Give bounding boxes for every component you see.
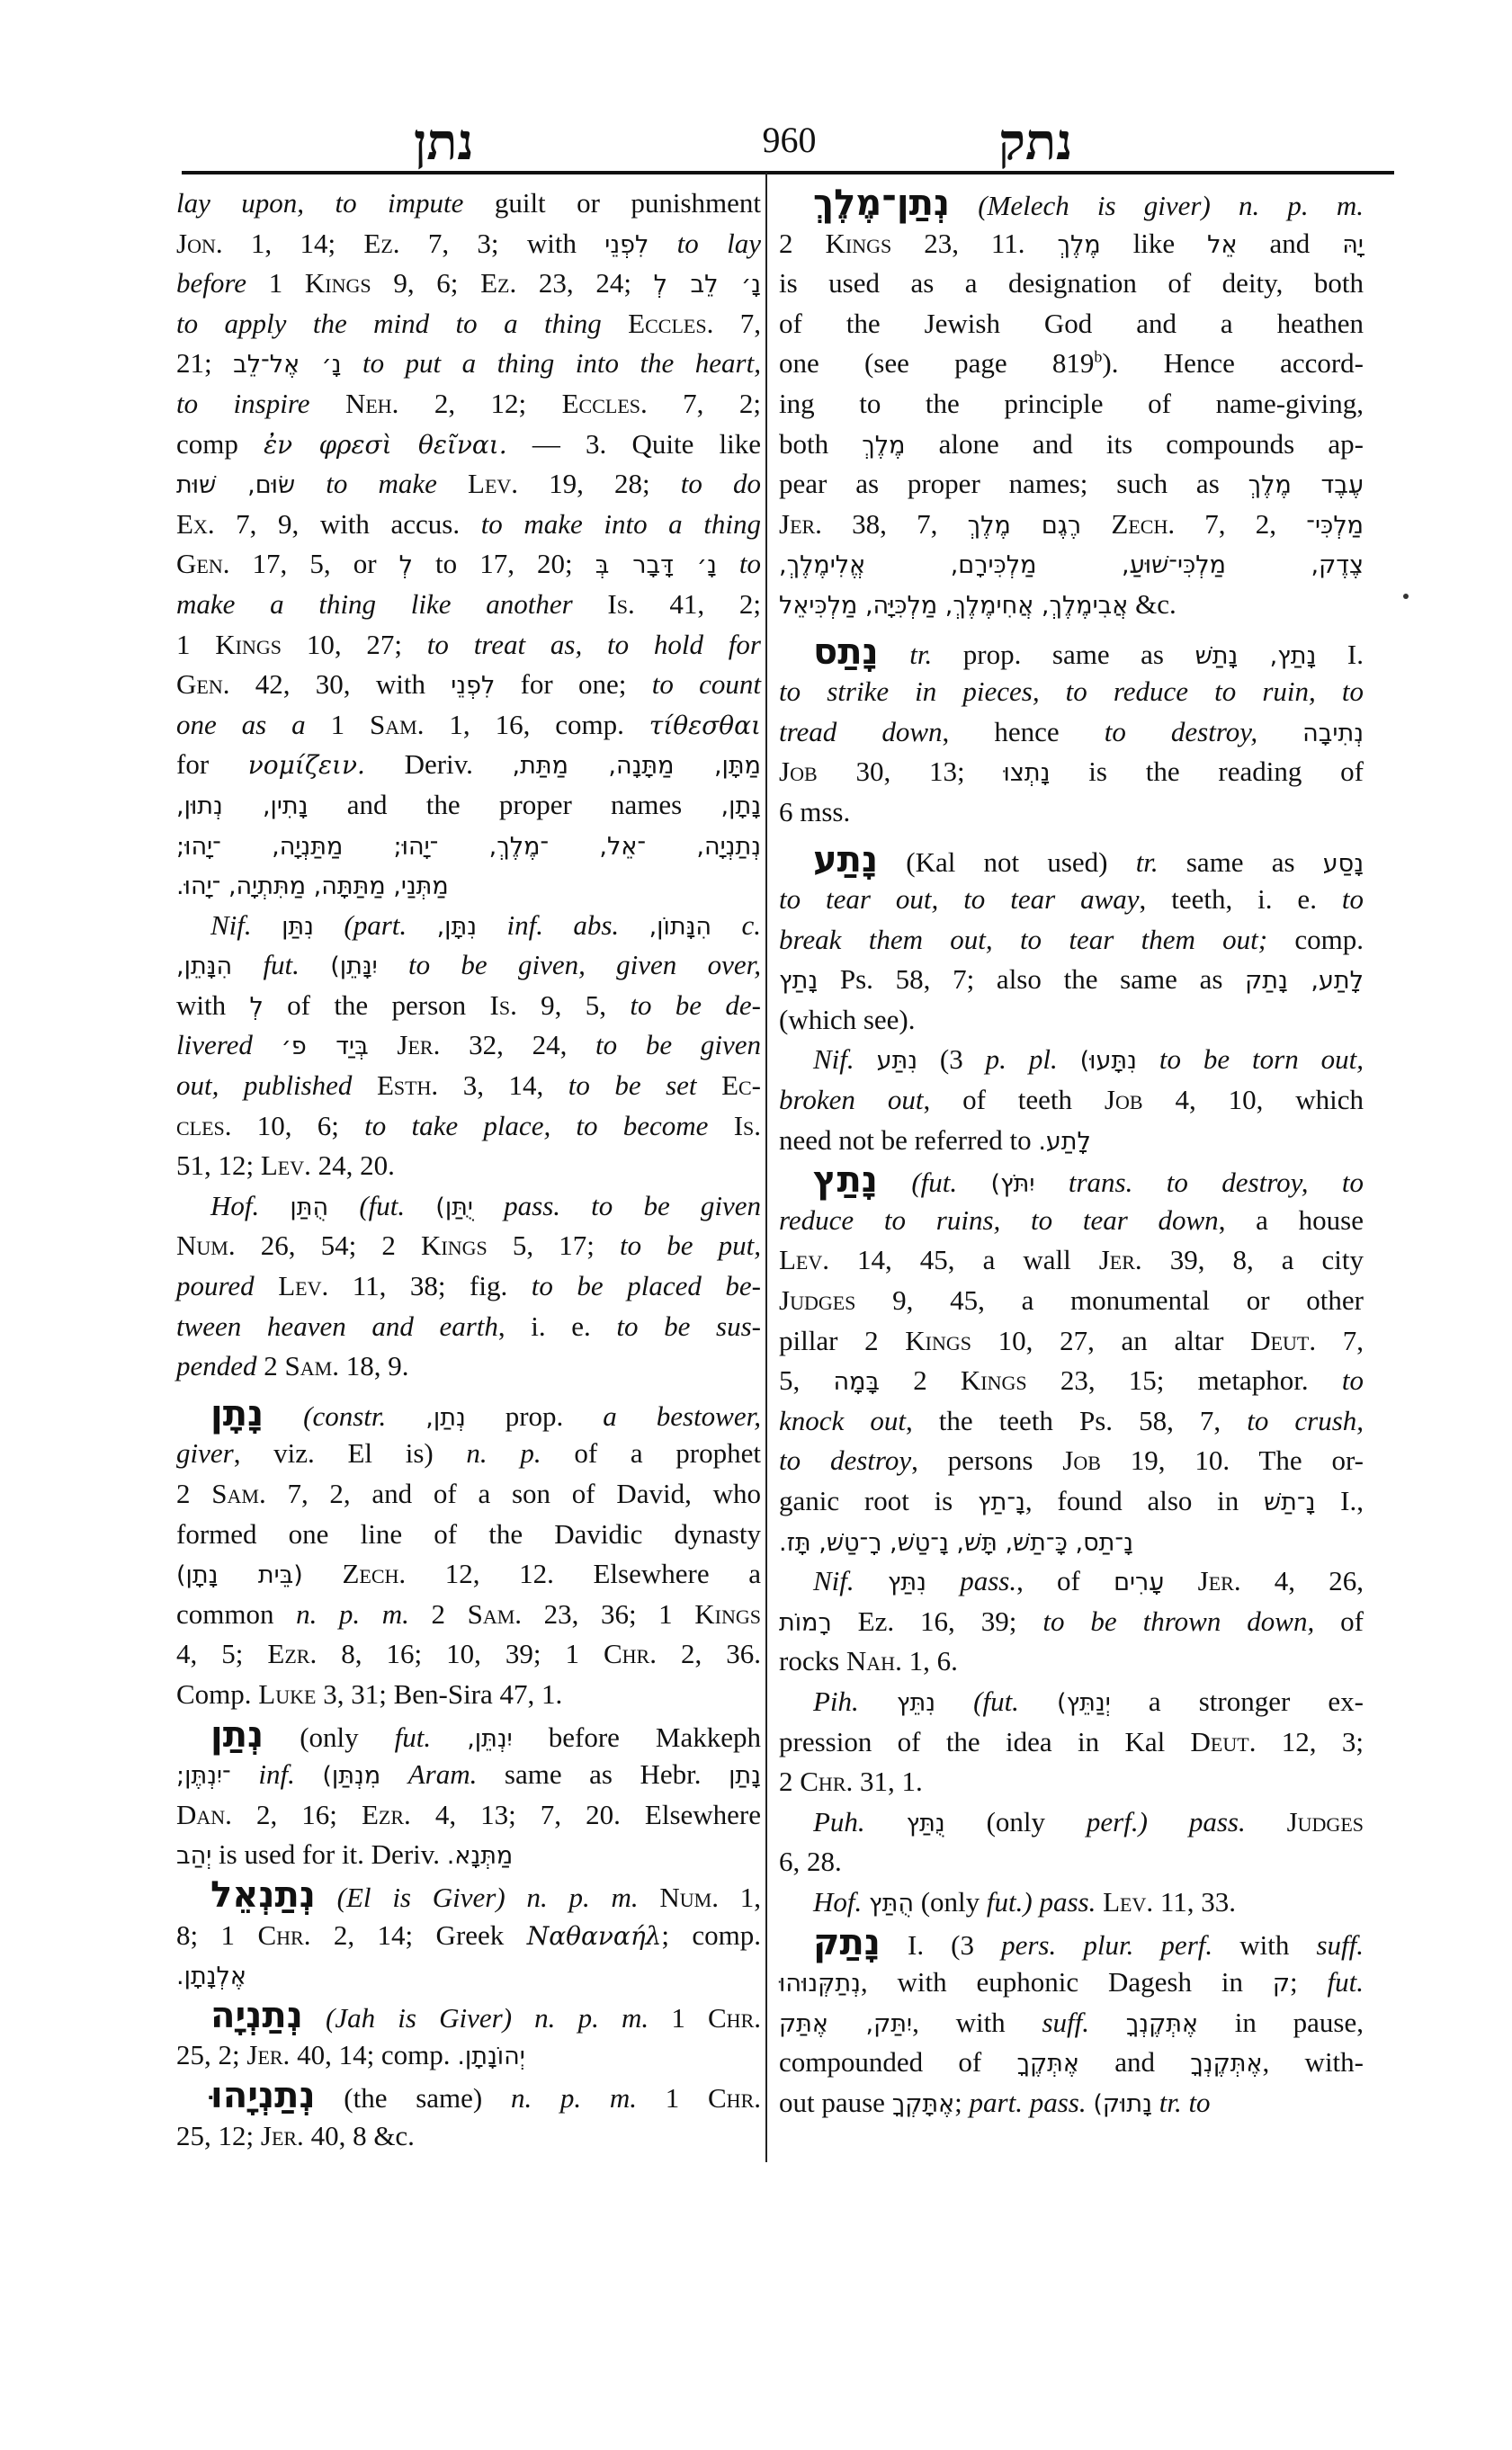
text-segment: I. [1316,639,1364,670]
text-line: out, published Esth. 3, 14, to be set Ec… [176,1066,761,1106]
text-segment: comp. [1267,924,1364,955]
text-segment: 7, [713,308,761,339]
text-line: Comp. Luke 3, 31; Ben-Sira 47, 1. [176,1675,761,1715]
text-segment [1081,508,1111,540]
hebrew-text: הִנָּתֵן, [176,952,232,980]
text-line: יְהַב is used for it. Deriv. מַתְּנָא. [176,1835,761,1875]
text-segment: guilt or punishment [495,187,761,219]
text-segment: Judges [779,1284,855,1316]
text-segment: (fut. [878,1167,991,1198]
text-segment: Nah. [846,1645,902,1677]
text-segment: 1 [331,709,370,740]
text-segment: Hof. [813,1886,869,1918]
text-segment: to [1342,1364,1364,1396]
text-segment: ing to the principle of name-giving, [779,388,1364,419]
hebrew-text: נִתַּץ [888,1569,926,1596]
text-segment: p. pl. [986,1043,1058,1075]
text-line: 2 Sam. 7, 2, and of a son of David, who [176,1474,761,1515]
text-line: Jon. 1, 14; Ez. 7, 3; with לִפְנֵי to la… [176,224,761,264]
text-segment: 3, 31; Ben-Sira 47, 1. [316,1678,562,1710]
text-segment: Deut. [1191,1726,1257,1757]
text-segment: , hence [943,716,1105,747]
text-segment: Sam. [211,1478,265,1509]
text-line: נְתַקְּנוּהוּ, with euphonic Dagesh in ק… [779,1963,1364,2003]
text-segment: to be sus- [616,1310,761,1342]
text-line: ing to the principle of name-giving, [779,384,1364,425]
text-segment: 1 [671,2002,708,2034]
text-segment: (which see). [779,1004,916,1035]
hebrew-text: עָרִים [1114,1569,1164,1596]
text-segment: 2, 36. [657,1638,761,1669]
text-segment: , persons [911,1444,1062,1476]
text-segment: to destroy [779,1444,911,1476]
text-line: cles. 10, 6; to take place, to become Is… [176,1106,761,1147]
text-segment: 10, 27; [282,629,427,660]
text-line: before 1 Kings 9, 6; Ez. 23, 24; נָ׳ לֵב… [176,264,761,304]
text-segment: 42, 30, with [229,668,451,700]
text-segment [1246,1806,1287,1837]
text-segment: for [176,748,248,780]
text-segment: break them out, to tear them out; [779,924,1267,955]
hebrew-text: מַתְּנָא. [447,1842,514,1870]
text-segment: 1, 6. [902,1645,958,1677]
text-segment: Gen. [176,668,229,700]
text-line: pression of the idea in Kal Deut. 12, 3; [779,1722,1364,1763]
hebrew-text: נָתוּק) [1093,2090,1152,2118]
text-segment [1164,1565,1197,1596]
hebrew-text: נָתַץ, נָתַשׁ [1195,642,1317,670]
text-segment: same as [1159,846,1323,878]
hebrew-text: נָ׳ אֶל־לֵב [233,351,341,379]
text-segment: 39, 8, a city [1142,1244,1364,1275]
text-segment: to be thrown down, [1042,1605,1314,1637]
greek-text: Ναθαναήλ [527,1921,662,1951]
text-segment: to take place, to become [364,1110,734,1141]
text-line: (בֵּית נָתָן) Zech. 12, 12. Elsewhere a [176,1554,761,1595]
text-segment: to strike in pieces, to reduce to ruin, … [779,675,1364,707]
right-running-head: נתק [998,115,1072,169]
text-segment: Zech. [342,1558,406,1589]
text-segment: Jer. [1198,1565,1241,1596]
text-line: 2 Chr. 31, 1. [779,1762,1364,1802]
text-line: ־יִנְתֶּן; inf. מִנְתַּן) Aram. same as … [176,1755,761,1795]
text-segment: 7, 3; with [400,228,605,259]
hebrew-text: מַתְּנַי, מַתַּתָּה, מַתִּתְיָה, ־יָהוּ. [176,872,449,900]
text-segment: prop. same as [932,639,1194,670]
text-segment: like [1101,228,1207,259]
text-segment: fut. [1328,1966,1364,1998]
text-segment: tr. to [1152,2087,1211,2118]
text-segment: 2 [264,1350,284,1381]
text-line: Lev. 14, 45, a wall Jer. 39, 8, a city [779,1240,1364,1281]
text-segment: to make [295,468,468,499]
hebrew-text: מֶלֶךְ [862,432,905,460]
text-segment: 26, 54; 2 [236,1229,421,1261]
text-line: to inspire Neh. 2, 12; Eccles. 7, 2; [176,384,761,425]
text-segment: to destroy, [1105,716,1302,747]
hebrew-text: מַתָּן, מַתָּנָה, מַתַּת, [513,752,761,780]
text-segment: , the teeth Ps. 58, 7, [906,1405,1247,1436]
text-segment: lay upon, to impute [176,187,495,219]
hebrew-text: עֶבֶד מֶלֶךְ [1248,471,1364,499]
hebrew-text: הִנָּתוֹן, [649,913,712,941]
text-segment: c. [711,909,761,941]
text-segment: Kings [825,228,891,259]
hebrew-text: יְהַב [176,1842,211,1870]
text-segment: giver [176,1437,234,1469]
text-segment: rocks [779,1645,846,1677]
text-line: Pih. נִתֵּץ (fut. יְנַתֵּץ) a stronger e… [779,1682,1364,1722]
text-line: נָתִין, נְתוּן, and the proper names נָת… [176,785,761,826]
text-segment [1096,1886,1103,1918]
text-segment: 2, 16; [232,1799,362,1830]
text-segment: Ps. 58, 7; also the same as [818,963,1245,995]
text-line: need not be referred to לָתַע. [779,1121,1364,1161]
hebrew-text: יְהוֹנָתָן. [457,2043,525,2070]
hebrew-text: נִתָּעוּ) [1080,1047,1137,1075]
text-segment [431,1721,467,1753]
hebrew-text: נָתָן, [721,792,762,820]
text-segment: (part. [314,909,437,941]
text-line: Nif. נִתַּע (3 p. pl. נִתָּעוּ) to be to… [779,1040,1364,1080]
hebrew-text: אֶתָּקְךָ [892,2090,954,2118]
hebrew-text: נֻתַּץ [907,1810,945,1837]
text-line: נְתַן (only fut. יִנְתֵּן, before Makkep… [176,1715,761,1756]
text-line: break them out, to tear them out; comp. [779,920,1364,961]
text-line: 21; נָ׳ אֶל־לֵב to put a thing into the … [176,344,761,384]
text-segment: to be de- [630,989,761,1021]
text-line: 2 Kings 23, 11. מֶלֶךְ like אֵל and יָהּ [779,224,1364,264]
text-segment: 17, 5, or [229,548,398,579]
text-line: giver, viz. El is) n. p. of a prophet [176,1434,761,1474]
text-segment: suff. [1042,2007,1089,2038]
text-line: out pause אֶתָּקְךָ; part. pass. נָתוּק)… [779,2083,1364,2124]
text-segment: fut.) pass. [987,1886,1096,1918]
text-line: Hof. הֻתַּן (fut. יֻתַּן) pass. to be gi… [176,1186,761,1227]
text-segment: , of teeth [923,1084,1104,1115]
text-segment: 32, 24, [440,1029,595,1060]
text-segment: Sam. [468,1598,522,1630]
text-line: רָמוֹת Ez. 16, 39; to be thrown down, of [779,1602,1364,1642]
text-line: נְתַנְיָהוּ (the same) n. p. m. 1 Chr. [176,2076,761,2116]
text-segment: 3, 14, [438,1069,568,1101]
hebrew-text: נָ׳ לֵב לְ [654,271,761,299]
text-line: Jer. 38, 7, רֶגֶם מֶלֶךְ Zech. 7, 2, מַל… [779,505,1364,545]
text-segment: 4, 26, [1241,1565,1364,1596]
text-line: נָתַע (Kal not used) tr. same as נָסַע [779,840,1364,881]
text-line: broken out, of teeth Job 4, 10, which [779,1080,1364,1121]
text-segment: 18, 9. [339,1350,409,1381]
text-segment: 21; [176,347,233,379]
text-segment: of the person [264,989,490,1021]
text-segment: part. pass. [970,2087,1087,2118]
text-line: Puh. נֻתַּץ (only perf.) pass. Judges [779,1802,1364,1843]
text-segment: alone and its compounds ap- [905,428,1364,460]
hebrew-text: אֶתְּקֶנְךָ [1190,2050,1262,2078]
text-line: tween heaven and earth, i. e. to be sus- [176,1307,761,1347]
text-segment: , teeth, i. e. [1140,883,1342,915]
text-line: to apply the mind to a thing Eccles. 7, [176,304,761,344]
text-segment: , with [912,2007,1042,2038]
text-segment: ; [954,2087,969,2118]
text-segment: ganic root is [779,1485,978,1516]
text-segment: Kings [215,629,282,660]
text-segment: 23, 24; [516,267,653,299]
text-segment: I. (3 [881,1929,1001,1961]
text-segment: Nif. [210,909,282,941]
text-segment: 19, 10. The or- [1101,1444,1364,1476]
page-number: 960 [184,119,1394,161]
hebrew-text: נָסַע [1323,850,1364,878]
text-line: אֲבִימֶלֶךְ, אֲחִימֶלֶךְ, מַלְכִּיָּה, מ… [779,585,1364,625]
text-line: Hof. הֻתַּץ (only fut.) pass. Lev. 11, 3… [779,1882,1364,1923]
text-segment: make a thing like another [176,588,607,620]
text-segment: comp [176,428,264,460]
text-line: is used as a designation of deity, both [779,264,1364,304]
text-segment: Pih. [813,1685,897,1717]
text-segment: compounded of [779,2046,1017,2078]
hebrew-text: רֶגֶם מֶלֶךְ [968,512,1082,540]
text-segment: Ezr. [267,1638,317,1669]
hebrew-text: הֻתַּן [290,1194,328,1221]
text-line: 8; 1 Chr. 2, 14; Greek Ναθαναήλ; comp. [176,1916,761,1956]
text-segment: 2 [176,1478,211,1509]
text-segment: Sam. [285,1350,339,1381]
hebrew-text: אֵל [1207,231,1237,259]
text-segment: , with- [1263,2046,1364,2078]
text-segment: to be torn out, [1137,1043,1364,1075]
text-segment: pillar 2 [779,1325,905,1356]
hebrew-text: הֻתַּץ [869,1890,914,1918]
hebrew-text: יִתֹּץ) [991,1170,1035,1198]
text-segment: inf. [231,1758,323,1790]
text-segment: 40, 14; comp. [290,2039,457,2070]
text-line: pear as proper names; such as עֶבֶד מֶלֶ… [779,464,1364,505]
hebrew-text: בְּיַד פ׳ [282,1033,369,1060]
text-segment: poured [176,1270,278,1301]
text-segment: (Melech is giver) n. p. m. [950,190,1364,221]
text-segment: , viz. El is) [234,1437,467,1469]
text-line: 25, 12; Jer. 40, 8 &c. [176,2116,761,2157]
text-segment: broken out [779,1084,923,1115]
text-segment: 6 mss. [779,796,850,827]
text-segment: 6, 28. [779,1846,842,1877]
text-segment: for one; [495,668,651,700]
hebrew-text: נָתַן [729,1762,761,1790]
text-segment: of [1314,1605,1364,1637]
hebrew-text: יִתַּק, אֶתַּק [779,2010,912,2038]
text-segment: Chr. [800,1766,853,1797]
text-segment: Neh. [345,388,398,419]
text-segment: is used for it. Deriv. [211,1838,446,1870]
hebrew-text: שׂוּם, שׁוּת [176,471,295,499]
text-segment: to be given, given over, [378,949,761,980]
hebrew-text: נִתֵּץ [897,1689,935,1717]
entry-headword: נְתַנְאֵל [210,1874,316,1916]
text-segment: pers. plur. perf. [1001,1929,1212,1961]
text-segment: Lev. [1103,1886,1153,1918]
text-segment: Dan. [176,1799,232,1830]
left-column: lay upon, to impute guilt or punishmentJ… [176,183,761,2156]
text-segment: Num. [659,1882,719,1913]
hebrew-text: לְ [249,993,263,1021]
text-line: נְתַנְאֵל (El is Giver) n. p. m. Num. 1, [176,1875,761,1916]
text-segment: tr. [879,639,933,670]
text-segment: (only [945,1806,1087,1837]
entry-headword: נְתַן [210,1714,264,1756]
text-segment: , a house [1219,1204,1364,1236]
text-segment: Jer. [246,2039,290,2070]
hebrew-text: נְתִיבָה [1302,720,1364,747]
text-segment: 41, 2; [635,588,761,620]
hebrew-text: בָּמָה [833,1368,880,1396]
hebrew-text: נָ׳ דָּבָר בְּ [595,551,717,579]
hebrew-text: מַלְכִּי־ [1306,512,1364,540]
text-segment: Comp. [176,1678,258,1710]
hebrew-text: יִנָּתֵן) [330,952,377,980]
text-segment: Gen. [176,548,229,579]
text-line: Dan. 2, 16; Ezr. 4, 13; 7, 20. Elsewhere [176,1795,761,1836]
text-segment: 8; 1 [176,1919,257,1951]
hebrew-text: ־יִנְתֶּן; [176,1762,231,1790]
hebrew-text: נָתִין, נְתוּן, [176,792,308,820]
text-segment: pass. [926,1565,1016,1596]
hebrew-text: אֶתְּקֶנְךָ [1126,2010,1198,2038]
text-segment: with [176,989,249,1021]
text-line: נָתַק I. (3 pers. plur. perf. with suff. [779,1923,1364,1963]
text-segment: 19, 28; [518,468,681,499]
text-segment [1058,1043,1080,1075]
text-line: for νομίζειν. Deriv. מַתָּן, מַתָּנָה, מ… [176,745,761,785]
text-segment [369,1029,398,1060]
text-segment: Is. [734,1110,761,1141]
text-segment: Luke [258,1678,316,1710]
text-segment: pass. to be given [473,1190,761,1221]
text-line: 51, 12; Lev. 24, 20. [176,1146,761,1186]
text-segment: perf.) pass. [1087,1806,1246,1837]
text-segment: Puh. [813,1806,907,1837]
text-segment: Is. [607,588,634,620]
greek-text: τίθεσθαι [649,711,761,740]
text-segment: pended [176,1350,264,1381]
text-line: poured Lev. 11, 38; fig. to be placed be… [176,1266,761,1307]
hebrew-text: יְנַתֵּץ) [1057,1689,1111,1717]
text-segment: is the reading of [1050,756,1364,787]
text-segment: (constr. [264,1400,425,1432]
text-line: 6, 28. [779,1842,1364,1882]
text-segment: (the same) [316,2082,511,2114]
text-segment: ; comp. [661,1919,761,1951]
text-segment: tread down [779,716,943,747]
hebrew-text: ק [1273,1970,1290,1998]
text-segment: 4, 10, which [1143,1084,1364,1115]
text-segment: need not be referred to [779,1124,1038,1156]
text-segment: 9, 6; [371,267,480,299]
text-line: ganic root is נָ־תַץ, found also in נָ־ת… [779,1481,1364,1522]
text-segment: Chr. [604,1638,657,1669]
text-segment: Chr. [257,1919,310,1951]
text-segment: 25, 12; [176,2120,261,2151]
hebrew-text: נִתַּע [877,1047,917,1075]
text-line: reduce to ruins, to tear down, a house [779,1201,1364,1241]
hebrew-text: נָ־תַץ [978,1489,1025,1516]
text-segment: tween heaven and earth [176,1310,498,1342]
hebrew-text: יִנְתֵּן, [467,1725,513,1753]
text-segment: 12, 12. Elsewhere a [406,1558,761,1589]
text-line: הִנָּתֵן, fut. יִנָּתֵן) to be given, gi… [176,945,761,986]
text-line: נָתָן (constr. נְתַן, prop. a bestower, [176,1394,761,1435]
entry-headword: נָתַץ [813,1159,878,1201]
text-segment: Nif. [813,1565,888,1596]
text-segment: Lev. [779,1244,829,1275]
text-line: 4, 5; Ezr. 8, 16; 10, 39; 1 Chr. 2, 36. [176,1634,761,1675]
hebrew-text: (בֵּית נָתָן) [176,1561,303,1589]
entry-headword: נָתַק [813,1922,881,1963]
text-segment: (El is Giver) n. p. m. [316,1882,659,1913]
header-rule [182,171,1394,174]
text-line: Nif. נִתַּן (part. נִתָּן, inf. abs. הִנ… [176,906,761,946]
text-segment: Lev. [261,1149,311,1181]
text-segment: (Kal not used) [878,846,1136,878]
text-segment: 1 [176,629,215,660]
text-segment: 7, 9, with accus. [215,508,481,540]
text-line: one (see page 819b). Hence accord- [779,344,1364,384]
text-line: Judges 9, 45, a monumental or other [779,1281,1364,1321]
text-segment: (only [264,1721,394,1753]
column-divider [765,173,767,2162]
hebrew-text: לָתַע. [1038,1128,1091,1156]
text-segment: suff. [1316,1929,1364,1961]
text-segment: &c. [1128,588,1176,620]
text-segment: , with euphonic Dagesh in [861,1966,1273,1998]
text-segment: Nif. [813,1043,877,1075]
text-line: of the Jewish God and a heathen [779,304,1364,344]
text-segment: 11, 33. [1153,1886,1236,1918]
text-line: rocks Nah. 1, 6. [779,1641,1364,1682]
text-segment: to [1342,883,1364,915]
hebrew-text: אֶתְּקֶךָ [1017,2050,1079,2078]
hebrew-text: אֶלְנָתָן. [176,1963,246,1990]
hebrew-text: נָ־תַשׁ [1264,1489,1315,1516]
text-segment: to be placed be- [532,1270,761,1301]
text-line: tread down, hence to destroy, נְתִיבָה [779,712,1364,753]
text-line: to destroy, persons Job 19, 10. The or- [779,1441,1364,1481]
text-segment: Esth. [377,1069,438,1101]
text-segment: Eccles. [562,388,648,419]
text-segment: Is. [490,989,517,1021]
text-segment: 1, [719,1882,761,1913]
text-line: נְתַנְיָה (Jah is Giver) n. p. m. 1 Chr. [176,1996,761,2036]
text-segment: to inspire [176,388,345,419]
text-segment: Chr. [708,2082,761,2114]
text-segment: to make into a thing [481,508,761,540]
text-segment: to count [652,668,761,700]
text-segment: Hof. [210,1190,290,1221]
text-segment: Ez. [480,267,516,299]
text-segment: Eccles. [628,308,713,339]
text-segment: of a prophet [541,1437,761,1469]
text-segment: and the proper names [308,789,720,820]
text-segment: Lev. [278,1270,328,1301]
text-segment: 10, 27, an altar [971,1325,1250,1356]
text-segment: Aram. [380,1758,477,1790]
text-segment: Job [779,756,818,787]
text-segment: pression of the idea in Kal [779,1726,1191,1757]
text-segment: a bestower, [603,1400,761,1432]
text-segment: to [717,548,761,579]
text-line: lay upon, to impute guilt or punishment [176,183,761,224]
text-segment: 51, 12; [176,1149,261,1181]
